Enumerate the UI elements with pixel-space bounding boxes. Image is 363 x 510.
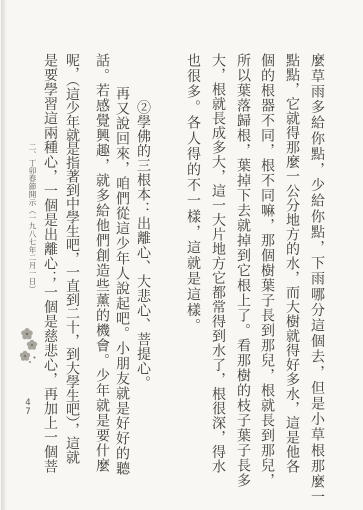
text-column: 呢，（這少年就是指著到中學生吧，一直到二十，到大學生吧），這就 [62, 53, 80, 464]
text-column: 再又說回來，咱們從這少年人說起吧。小朋友就是好好的聽 [112, 86, 130, 476]
text-column: ②學佛的三根本：出離心、大悲心、菩提心。 [133, 100, 151, 390]
book-page: 麼草雨多給你點，少給你點，下雨哪分這個去，但是小草根那麼一 點點，它就得那麼一公… [0, 0, 363, 510]
text-column: 話。若感覺興趣，就多給他們創造些薰的機會。少年就是要什麼 [92, 53, 110, 473]
flower-stamp-icon [18, 327, 40, 372]
text-column: 麼草雨多給你點，少給你點，下雨哪分這個去，但是小草根那麼一 [307, 53, 325, 505]
page-edge-shadow [1, 0, 7, 510]
page-number-digit: 7 [20, 408, 36, 417]
text-column: 個的根器不同，根不同嘛，那個樹葉子長到那兒，根就長到那兒， [257, 53, 275, 488]
text-column: 所以葉落歸根，葉掉下去就掉到它根上了。看那樹的枝子葉子長多 [233, 53, 251, 488]
text-column: 也很多。各人得的不一樣，這就是這樣。 [183, 53, 201, 334]
text-column: 大，根就長成多大，這一大片地方它都常得到水了，根很深，得水 [208, 53, 226, 474]
margin-chapter-note: 二、丁卯春節開示（一九八七年二月一日） [27, 143, 38, 293]
text-column: 點點，它就得那麼一公分地方的水，而大樹就得好多水，這是他各 [282, 53, 300, 474]
page-number: 4 7 [20, 399, 36, 417]
text-column: 是要學習這兩種心，一個是出離心；一個是慈悲心，再加上一個菩 [40, 53, 58, 474]
